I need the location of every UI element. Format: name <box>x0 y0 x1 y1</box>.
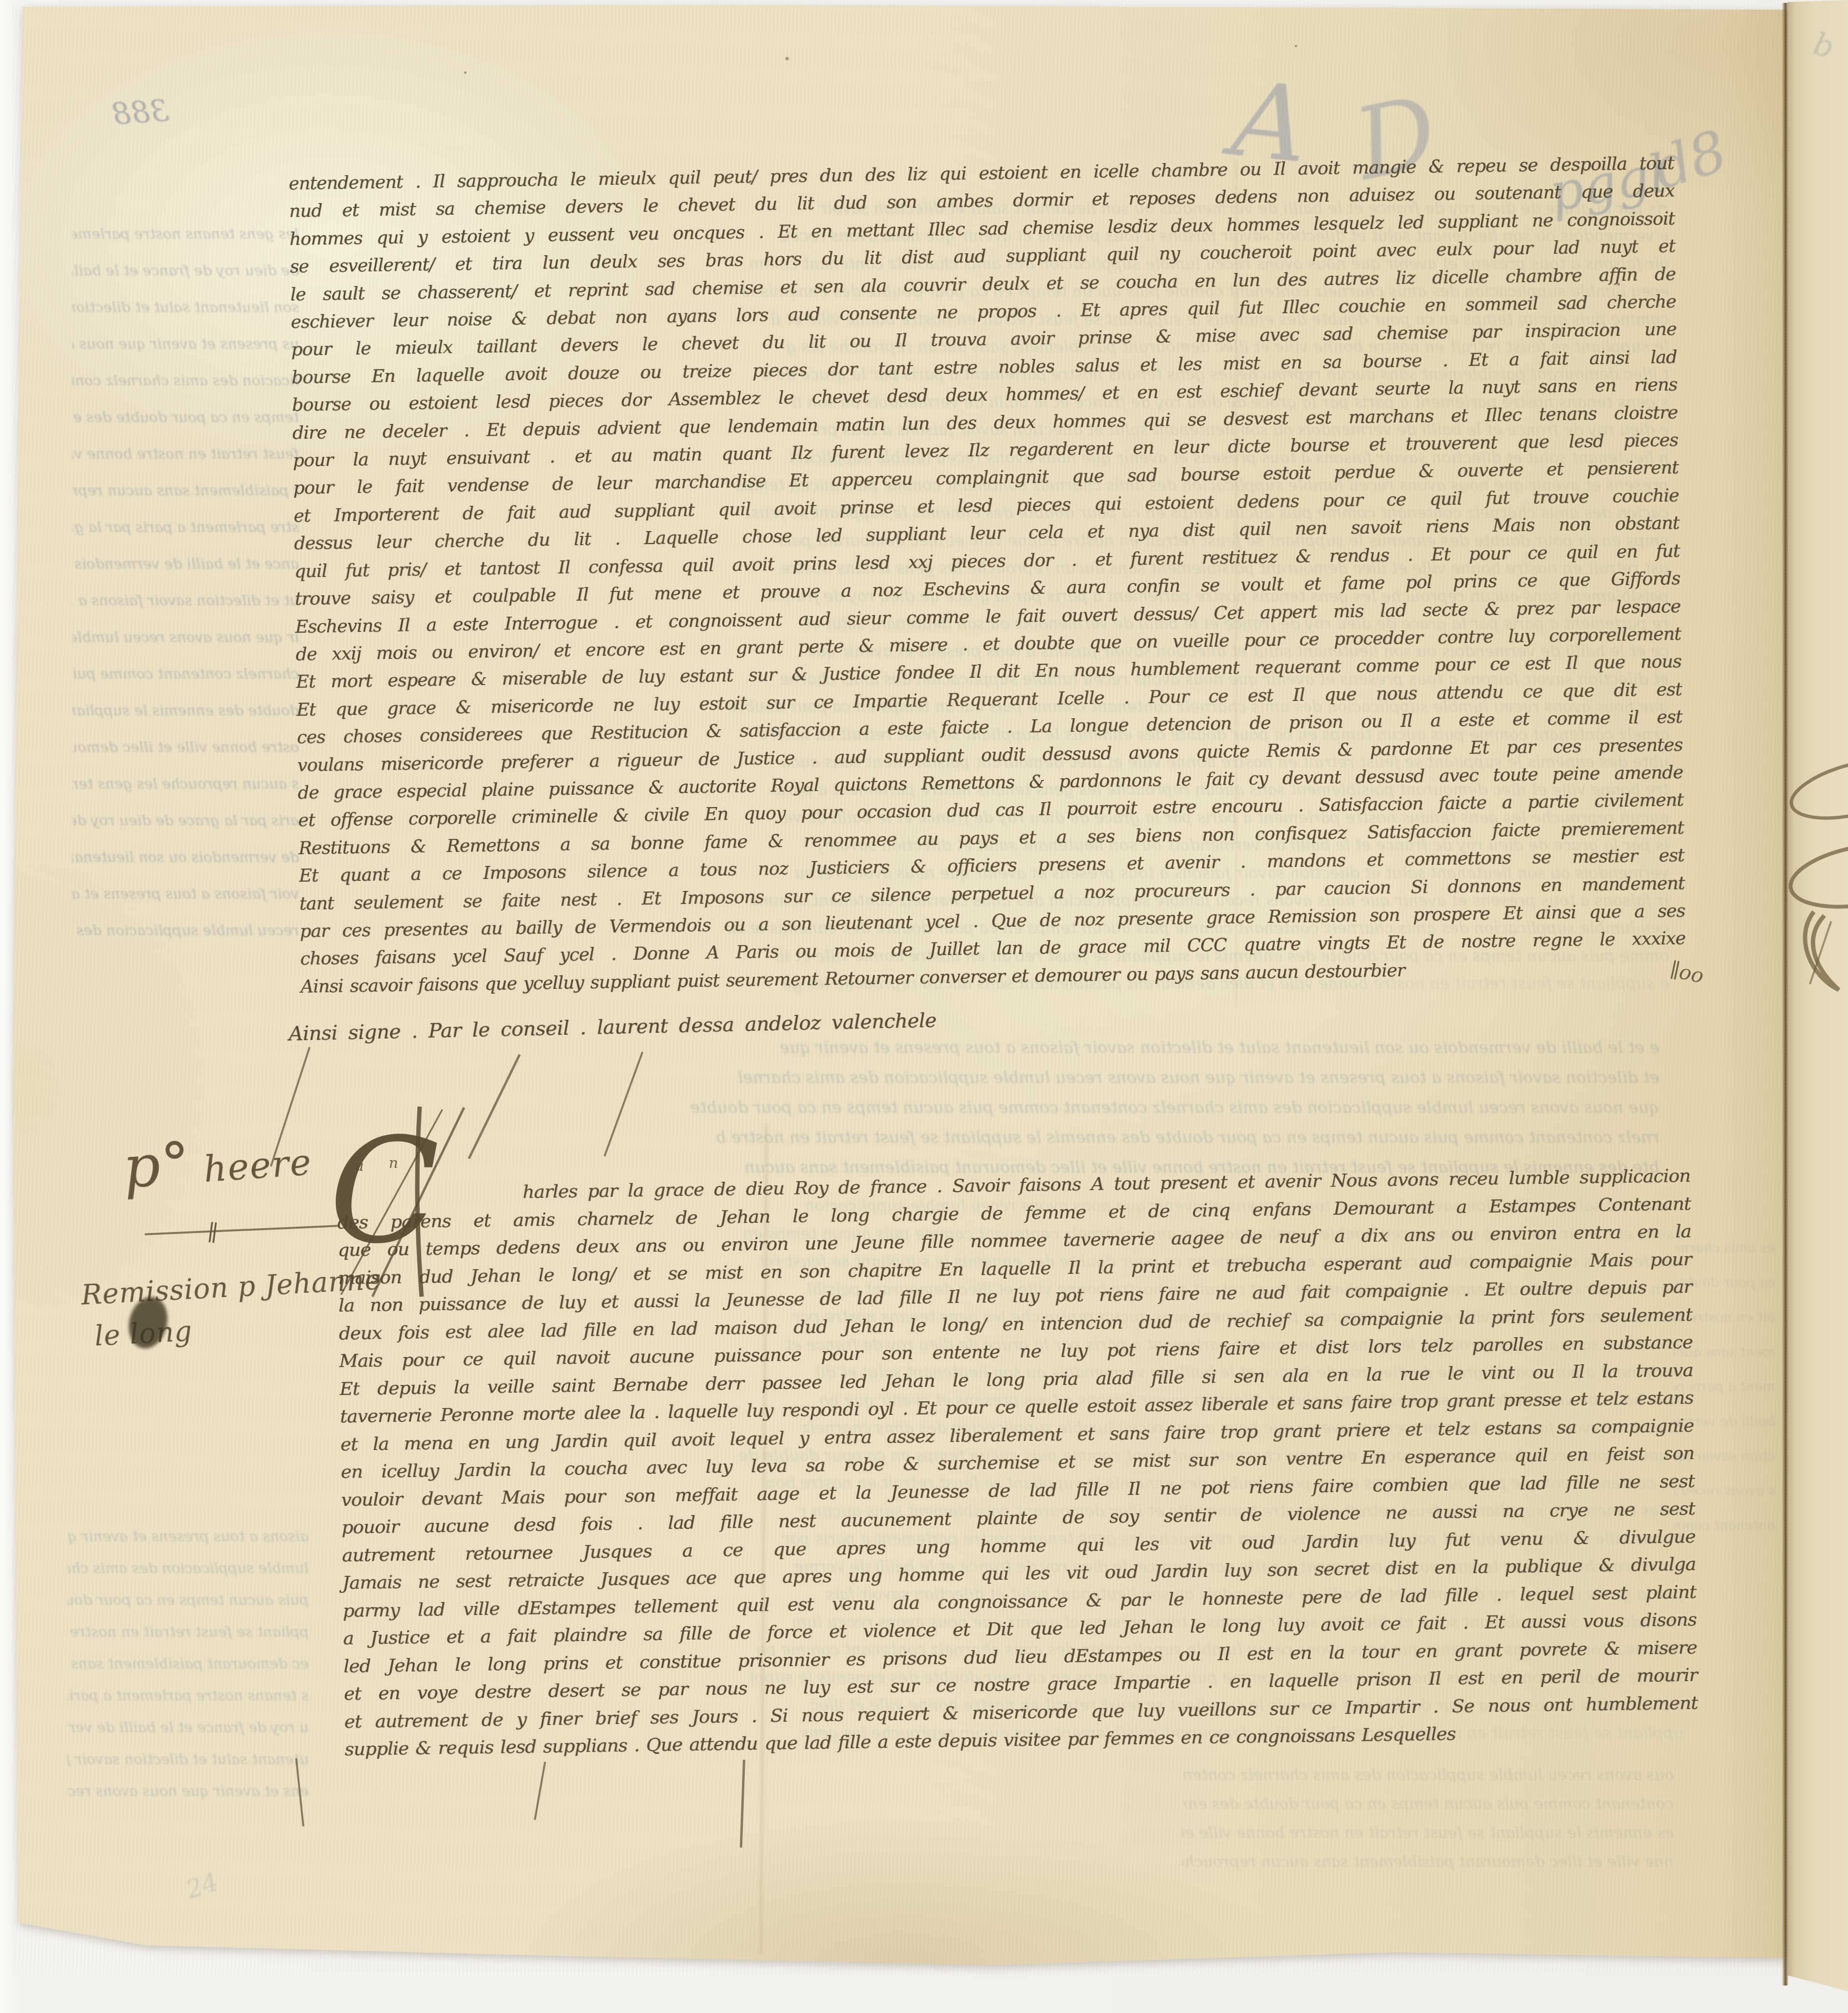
letter2-text-block: harles par la grace de dieu Roy de franc… <box>337 1162 1698 1764</box>
facing-page-ink-marks <box>1785 753 1848 1003</box>
manuscript-scan: les gens tenans nostre parlement a paris… <box>0 0 1848 2013</box>
bleedthrough-line: de vermendois ou son lieutenant salut et… <box>72 849 299 866</box>
bleedthrough-line: nne ville et illec demourant paisiblemen… <box>1182 1852 1674 1871</box>
bleedthrough-line: temps en ca pour doubte des ennemis le s… <box>72 409 299 426</box>
bleedthrough-line: ostre bonne ville et illec demourant pai… <box>72 739 299 756</box>
bleedthrough-line: feust retrait en nostre bonne ville et i… <box>72 446 299 463</box>
bleedthrough-line: voir faisons a tous presens et avenir qu… <box>72 886 299 903</box>
guide-letter: n <box>389 1155 398 1172</box>
margin-note-heere: p° heere <box>121 1122 314 1202</box>
bleedthrough-line: de dieu roy de france et le bailli de ve… <box>72 262 299 279</box>
bleedthrough-line: stre parlement a paris par la grace de d… <box>72 519 299 536</box>
bleedthrough-line: ance et le bailli de vermendois ou son l… <box>72 556 299 573</box>
guide-letter: u <box>355 1158 364 1175</box>
bleedthrough-line: s tenans nostre parlement a paris par la… <box>68 1687 309 1704</box>
bleedthrough-line: ec demourant paisiblement sans aucun rep… <box>68 1656 309 1672</box>
bleedthrough-line: es ennemis le suppliant se feust retrait… <box>1182 1823 1674 1842</box>
ink-speck <box>464 71 466 74</box>
letter1-text-block: entendement . Il sapproucha le mieulx qu… <box>288 149 1686 1000</box>
bleedthrough-line: receu lumble supplicacion des amis charn… <box>72 922 299 939</box>
margin-note-initial: p° <box>121 1130 193 1201</box>
bleedthrough-line: et dilection savoir faisons a tous prese… <box>424 1068 1659 1087</box>
bleedthrough-line: ous avons receu lumble supplicacion des … <box>1182 1766 1674 1784</box>
bleedthrough-line: charnelz contenant comme puis aucun temp… <box>72 666 299 683</box>
bleedthrough-line: contenant comme puis aucun temps en ca p… <box>1182 1794 1674 1813</box>
bleedthrough-line: aisons a tous presens et avenir que nous… <box>68 1528 309 1545</box>
bleedthrough-line: doubte des ennemis le suppliant se feust… <box>72 702 299 719</box>
bleedthrough-line: u roy de france et le bailli de vermendo… <box>68 1719 309 1736</box>
foliation-number-showthrough: 388 <box>111 93 170 132</box>
bleedthrough-line: que nous avons receu lumble supplicacion… <box>424 1098 1659 1117</box>
bleedthrough-line: son lieutenant salut et dilection savoir… <box>72 299 299 316</box>
bleedthrough-line: puis aucun temps en ca pour doubte des e… <box>68 1592 309 1609</box>
bleedthrough-line: s aucun reprouche les gens tenans nostre… <box>72 776 299 793</box>
bleedthrough-line: utenant salut et dilection savoir faison… <box>68 1751 309 1768</box>
bleedthrough-line: t paisiblement sans aucun reprouche les … <box>72 482 299 499</box>
ink-speck <box>1295 45 1297 47</box>
bleedthrough-line: us presens et avenir que nous avons rece… <box>72 336 299 353</box>
bleedthrough-line: ut et dilection savoir faisons a tous pr… <box>72 592 299 609</box>
bleedthrough-line: ens et avenir que nous avons receu lumbl… <box>68 1783 309 1800</box>
ink-speck <box>785 57 789 60</box>
bleedthrough-line: licacion des amis charnelz contenant com… <box>72 372 299 389</box>
bleedthrough-line: aris par la grace de dieu roy de france … <box>72 812 299 829</box>
bleedthrough-line: lumble supplicacion des amis charnelz co… <box>68 1560 309 1577</box>
bleedthrough-line: e et le bailli de vermendois ou son lieu… <box>424 1038 1659 1057</box>
bleedthrough-line: les gens tenans nostre parlement a paris… <box>72 226 299 243</box>
bleedthrough-line: ir que nous avons receu lumble supplicac… <box>72 629 299 646</box>
bleedthrough-line: ppliant se feust retrait en nostre bonne… <box>68 1624 309 1641</box>
